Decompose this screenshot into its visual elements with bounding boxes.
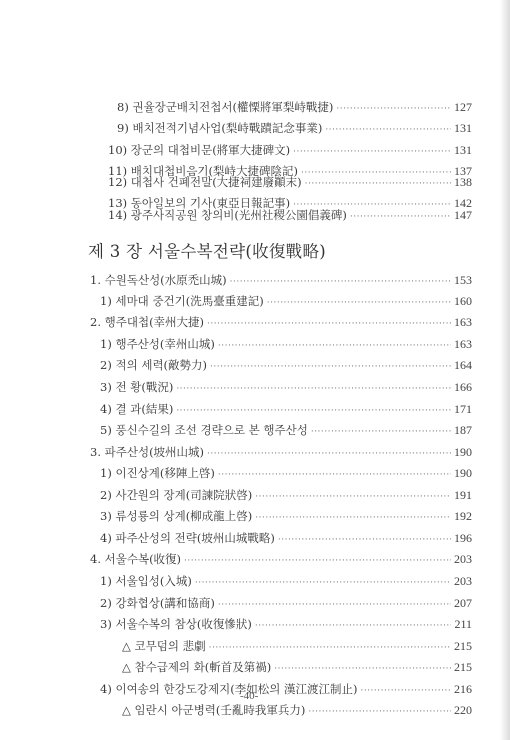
toc-subentry: △ 참수급제의 화(斬首及第禍) 215 bbox=[122, 660, 472, 676]
leader-dots bbox=[255, 490, 451, 504]
toc-entry-label: 4) 결 과(結果) bbox=[100, 402, 173, 416]
toc-entry: 4) 파주산성의 전략(坡州山城戰略) 196 bbox=[100, 531, 472, 547]
toc-entry: 3) 류성룡의 상계(柳成龍上啓) 192 bbox=[100, 509, 472, 525]
leader-dots bbox=[308, 705, 451, 719]
toc-section: 4. 서울수복(收復) 203 bbox=[90, 552, 472, 568]
toc-entry-page: 215 bbox=[454, 660, 472, 674]
toc-entry: 2) 강화협상(講和協商) 207 bbox=[100, 596, 472, 612]
leader-dots bbox=[255, 619, 452, 633]
leader-dots bbox=[207, 447, 451, 461]
toc-entry-page: 127 bbox=[454, 100, 472, 114]
toc-entry-label: 12) 대첩사 건폐전말(大捷祠建廢顚末) bbox=[108, 175, 302, 189]
toc-entry-page: 164 bbox=[454, 358, 472, 372]
toc-entry-page: 131 bbox=[454, 143, 472, 157]
toc-entry-page: 166 bbox=[454, 380, 472, 394]
toc-entry-page: 131 bbox=[454, 121, 472, 135]
toc-entry: 3) 전 황(戰況) 166 bbox=[100, 380, 472, 396]
toc-entry-label: 14) 광주사직공원 창의비(光州社稷公園倡義碑) bbox=[108, 208, 347, 222]
toc-entry-label: 10) 장군의 대첩비문(將軍大捷碑文) bbox=[108, 143, 290, 157]
toc-entry-page: 163 bbox=[454, 315, 472, 329]
toc-entry: 1) 세마대 중건기(洗馬臺重建記) 160 bbox=[100, 294, 472, 310]
leader-dots bbox=[184, 554, 451, 568]
toc-section: 1. 수원독산성(水原禿山城) 153 bbox=[90, 273, 472, 289]
toc-entry-page: 203 bbox=[454, 552, 472, 566]
leader-dots bbox=[210, 360, 451, 374]
toc-entry-page: 196 bbox=[454, 531, 472, 545]
toc-entry-label: △ 참수급제의 화(斬首及第禍) bbox=[122, 660, 271, 674]
toc-entry: 4) 결 과(結果) 171 bbox=[100, 402, 472, 418]
toc-entry: 14) 광주사직공원 창의비(光州社稷公園倡義碑) 147 bbox=[108, 208, 472, 224]
toc-entry: 12) 대첩사 건폐전말(大捷祠建廢顚末) 138 bbox=[108, 175, 472, 191]
leader-dots bbox=[176, 382, 451, 396]
toc-entry: 4) 이여송의 한강도강제지(李如松의 漢江渡江制止) 216 bbox=[100, 682, 472, 698]
leader-dots bbox=[274, 662, 451, 676]
toc-entry: 5) 풍신수길의 조선 경략으로 본 행주산성 187 bbox=[100, 423, 472, 439]
toc-entry-label: 3) 전 황(戰況) bbox=[100, 380, 173, 394]
toc-entry-page: 192 bbox=[454, 509, 472, 523]
leader-dots bbox=[207, 317, 451, 331]
toc-entry-page: 190 bbox=[454, 466, 472, 480]
toc-entry-label: 4) 파주산성의 전략(坡州山城戰略) bbox=[100, 531, 275, 545]
toc-entry-label: 1. 수원독산성(水原禿山城) bbox=[90, 273, 227, 287]
toc-entry-page: 191 bbox=[454, 488, 472, 502]
leader-dots bbox=[350, 210, 451, 224]
toc-entry: 1) 행주산성(幸州山城) 163 bbox=[100, 337, 472, 353]
toc-entry-label: 3) 서울수복의 참상(收復慘狀) bbox=[100, 617, 252, 631]
leader-dots bbox=[218, 468, 451, 482]
leader-dots bbox=[325, 123, 451, 137]
toc-entry-page: 160 bbox=[454, 294, 472, 308]
toc-entry-page: 220 bbox=[454, 703, 472, 717]
leader-dots bbox=[305, 177, 451, 191]
leader-dots bbox=[255, 511, 451, 525]
toc-entry-label: 3. 파주산성(坡州山城) bbox=[90, 445, 204, 459]
toc-entry-page: 190 bbox=[454, 445, 472, 459]
toc-entry-page: 207 bbox=[454, 596, 472, 610]
toc-entry-label: 2) 사간원의 장계(司諫院狀啓) bbox=[100, 488, 252, 502]
leader-dots bbox=[278, 533, 451, 547]
toc-entry-label: 2) 적의 세력(敵勢力) bbox=[100, 358, 207, 372]
toc-section: 3. 파주산성(坡州山城) 190 bbox=[90, 445, 472, 461]
toc-entry-label: △ 코무덤의 悲劇 bbox=[122, 639, 206, 653]
toc-entry: 10) 장군의 대첩비문(將軍大捷碑文) 131 bbox=[108, 143, 472, 159]
toc-entry-page: 147 bbox=[454, 208, 472, 222]
toc-entry-page: 187 bbox=[454, 423, 472, 437]
toc-entry: 3) 서울수복의 참상(收復慘狀) 211 bbox=[100, 617, 472, 633]
toc-entry-page: 215 bbox=[454, 639, 472, 653]
toc-entry-page: 171 bbox=[454, 402, 472, 416]
toc-entry-label: 4) 이여송의 한강도강제지(李如松의 漢江渡江制止) bbox=[100, 682, 357, 696]
toc-entry: 1) 이진상계(移陣上啓) 190 bbox=[100, 466, 472, 482]
toc-entry-label: 5) 풍신수길의 조선 경략으로 본 행주산성 bbox=[100, 423, 308, 437]
page-edge-shadow bbox=[500, 0, 510, 740]
toc-entry-page: 138 bbox=[454, 175, 472, 189]
toc-entry: 1) 서울입성(入城) 203 bbox=[100, 574, 472, 590]
leader-dots bbox=[218, 598, 451, 612]
toc-subentry: △ 코무덤의 悲劇 215 bbox=[122, 639, 472, 655]
toc-entry-label: △ 임란시 아군병력(壬亂時我軍兵力) bbox=[122, 703, 305, 717]
toc-entry-label: 8) 권율장군배치전첩서(權慄將軍梨峙戰捷) bbox=[117, 100, 333, 114]
leader-dots bbox=[176, 404, 451, 418]
toc-entry-label: 1) 서울입성(入城) bbox=[100, 574, 192, 588]
toc-entry-label: 2) 강화협상(講和協商) bbox=[100, 596, 215, 610]
leader-dots bbox=[218, 339, 451, 353]
toc-entry-label: 4. 서울수복(收復) bbox=[90, 552, 181, 566]
toc-section: 2. 행주대첩(幸州大捷) 163 bbox=[90, 315, 472, 331]
leader-dots bbox=[195, 576, 451, 590]
leader-dots bbox=[230, 275, 451, 289]
toc-entry-page: 203 bbox=[454, 574, 472, 588]
page-number: -40- bbox=[240, 690, 258, 702]
toc-entry-label: 3) 류성룡의 상계(柳成龍上啓) bbox=[100, 509, 252, 523]
toc-entry: 2) 적의 세력(敵勢力) 164 bbox=[100, 358, 472, 374]
toc-entry-page: 216 bbox=[454, 682, 472, 696]
toc-entry-label: 1) 행주산성(幸州山城) bbox=[100, 337, 215, 351]
toc-entry-page: 163 bbox=[454, 337, 472, 351]
leader-dots bbox=[311, 425, 451, 439]
toc-entry: 8) 권율장군배치전첩서(權慄將軍梨峙戰捷) 127 bbox=[117, 100, 472, 116]
toc-entry-label: 9) 배치전적기념사업(梨峙戰蹟記念事業) bbox=[117, 121, 322, 135]
toc-entry-label: 1) 세마대 중건기(洗馬臺重建記) bbox=[100, 294, 264, 308]
toc-entry: 9) 배치전적기념사업(梨峙戰蹟記念事業) 131 bbox=[117, 121, 472, 137]
toc-entry-page: 211 bbox=[454, 617, 472, 631]
toc-entry-label: 2. 행주대첩(幸州大捷) bbox=[90, 315, 204, 329]
toc-subentry: △ 임란시 아군병력(壬亂時我軍兵力) 220 bbox=[122, 703, 472, 719]
leader-dots bbox=[267, 296, 451, 310]
leader-dots bbox=[360, 684, 451, 698]
toc-entry-page: 153 bbox=[454, 273, 472, 287]
leader-dots bbox=[209, 641, 451, 655]
toc-entry-label: 1) 이진상계(移陣上啓) bbox=[100, 466, 215, 480]
chapter-heading: 제 3 장 서울수복전략(收復戰略) bbox=[88, 238, 326, 262]
leader-dots bbox=[293, 145, 451, 159]
leader-dots bbox=[336, 102, 451, 116]
toc-entry: 2) 사간원의 장계(司諫院狀啓) 191 bbox=[100, 488, 472, 504]
